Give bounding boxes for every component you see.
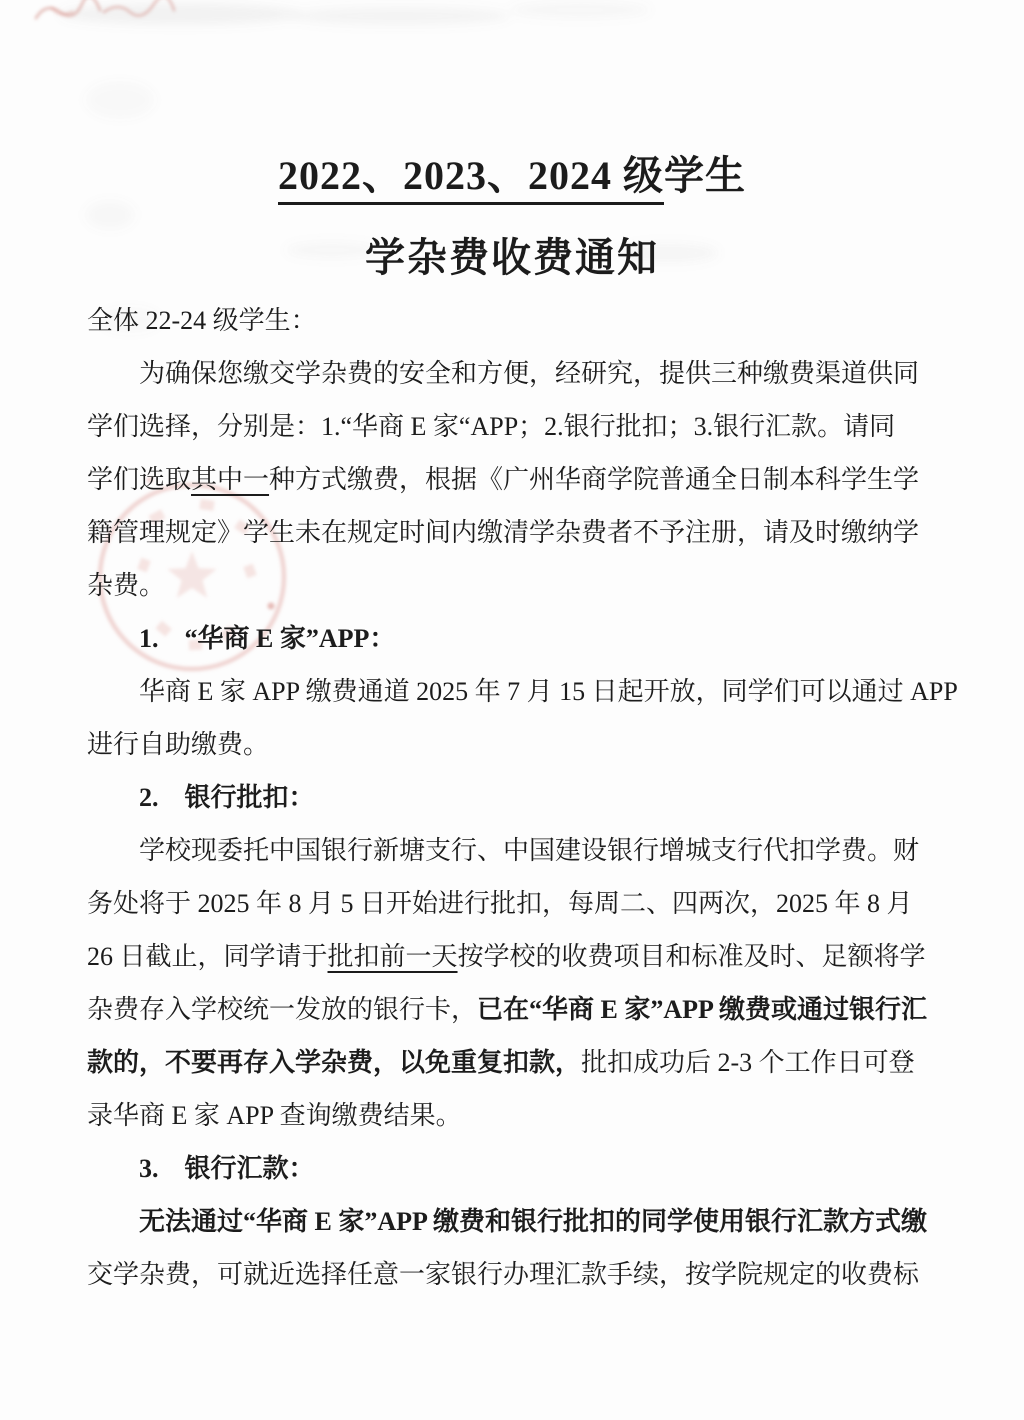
text-segment: 其中一	[191, 465, 269, 494]
document-title-line2: 学杂费收费通知	[0, 226, 1024, 283]
title-underlined-part: 2022、2023、2024 级	[278, 153, 664, 205]
document-line: 学校现委托中国银行新塘支行、中国建设银行增城支行代扣学费。财	[87, 824, 947, 877]
document-title-line1: 2022、2023、2024 级学生	[0, 144, 1024, 201]
document-line: 3. 银行汇款：	[87, 1142, 947, 1195]
text-segment: 种方式缴费，根据《广州华商学院普通全日制本科学生学	[269, 465, 919, 494]
document-line: 务处将于 2025 年 8 月 5 日开始进行批扣，每周二、四两次，2025 年…	[87, 877, 947, 930]
document-line: 26 日截止，同学请于批扣前一天按学校的收费项目和标准及时、足额将学	[87, 930, 947, 983]
document-line: 1. “华商 E 家”APP：	[87, 612, 947, 665]
text-segment: 为确保您缴交学杂费的安全和方便，经研究，提供三种缴费渠道供同	[139, 359, 919, 388]
text-segment: 款的，不要再存入学杂费，以免重复扣款，	[87, 1048, 581, 1077]
text-segment: 进行自助缴费。	[87, 730, 269, 759]
scanned-document-page: 2022、2023、2024 级学生 学杂费收费通知 全体 22-24 级学生：…	[0, 0, 1024, 1420]
document-line: 学们选取其中一种方式缴费，根据《广州华商学院普通全日制本科学生学	[87, 453, 947, 506]
text-segment: 按学校的收费项目和标准及时、足额将学	[458, 942, 926, 971]
document-line: 款的，不要再存入学杂费，以免重复扣款，批扣成功后 2-3 个工作日可登	[87, 1036, 947, 1089]
text-segment: 学们选择，分别是：1.“华商 E 家“APP；2.银行批扣；3.银行汇款。请同	[87, 412, 895, 441]
text-segment: 录华商 E 家 APP 查询缴费结果。	[87, 1101, 462, 1130]
document-line: 录华商 E 家 APP 查询缴费结果。	[87, 1089, 947, 1142]
text-segment: 批扣前一天	[328, 942, 458, 971]
text-segment: 杂费。	[87, 571, 165, 600]
document-line: 全体 22-24 级学生：	[87, 294, 947, 347]
text-segment: 杂费存入学校统一发放的银行卡，	[87, 995, 477, 1024]
document-line: 进行自助缴费。	[87, 718, 947, 771]
document-body: 全体 22-24 级学生：为确保您缴交学杂费的安全和方便，经研究，提供三种缴费渠…	[87, 294, 947, 1301]
document-line: 杂费。	[87, 559, 947, 612]
document-line: 华商 E 家 APP 缴费通道 2025 年 7 月 15 日起开放，同学们可以…	[87, 665, 947, 718]
document-line: 学们选择，分别是：1.“华商 E 家“APP；2.银行批扣；3.银行汇款。请同	[87, 400, 947, 453]
document-line: 无法通过“华商 E 家”APP 缴费和银行批扣的同学使用银行汇款方式缴	[87, 1195, 947, 1248]
text-segment: 学校现委托中国银行新塘支行、中国建设银行增城支行代扣学费。财	[139, 836, 919, 865]
document-line: 2. 银行批扣：	[87, 771, 947, 824]
text-segment: 籍管理规定》学生未在规定时间内缴清学杂费者不予注册，请及时缴纳学	[87, 518, 919, 547]
text-segment: 已在“华商 E 家”APP 缴费或通过银行汇	[477, 995, 927, 1024]
title-rest-part: 学生	[664, 153, 746, 198]
document-line: 籍管理规定》学生未在规定时间内缴清学杂费者不予注册，请及时缴纳学	[87, 506, 947, 559]
text-segment: 交学杂费，可就近选择任意一家银行办理汇款手续，按学院规定的收费标	[87, 1260, 919, 1289]
document-line: 交学杂费，可就近选择任意一家银行办理汇款手续，按学院规定的收费标	[87, 1248, 947, 1301]
red-pen-scribble	[36, 0, 174, 18]
text-segment: 26 日截止，同学请于	[87, 942, 328, 971]
text-segment: 无法通过“华商 E 家”APP 缴费和银行批扣的同学使用银行汇款方式缴	[139, 1207, 927, 1236]
text-segment: 务处将于 2025 年 8 月 5 日开始进行批扣，每周二、四两次，2025 年…	[87, 889, 913, 918]
text-segment: 批扣成功后 2-3 个工作日可登	[581, 1048, 915, 1077]
text-segment: 3. 银行汇款：	[139, 1154, 315, 1183]
text-segment: 1. “华商 E 家”APP：	[139, 624, 395, 653]
text-segment: 全体 22-24 级学生：	[87, 306, 317, 335]
text-segment: 2. 银行批扣：	[139, 783, 315, 812]
text-segment: 学们选取	[87, 465, 191, 494]
document-line: 为确保您缴交学杂费的安全和方便，经研究，提供三种缴费渠道供同	[87, 347, 947, 400]
text-segment: 华商 E 家 APP 缴费通道 2025 年 7 月 15 日起开放，同学们可以…	[139, 677, 958, 706]
document-line: 杂费存入学校统一发放的银行卡，已在“华商 E 家”APP 缴费或通过银行汇	[87, 983, 947, 1036]
